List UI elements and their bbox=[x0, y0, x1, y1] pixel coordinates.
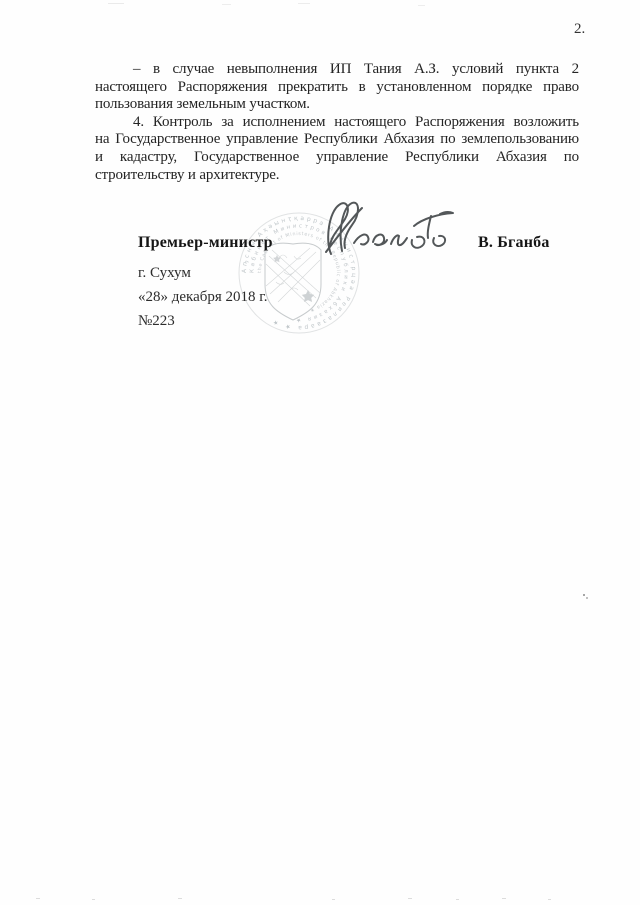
scan-artifact bbox=[178, 898, 182, 899]
body-line: строительству и архитектуре. bbox=[95, 167, 579, 185]
scan-artifact bbox=[108, 3, 124, 4]
scan-artifact bbox=[298, 3, 310, 4]
scan-artifact bbox=[332, 899, 335, 900]
body-line: настоящего Распоряжения прекратить в уст… bbox=[95, 79, 579, 97]
scan-artifact bbox=[222, 4, 231, 5]
document-body: – в случае невыполнения ИП Тания А.З. ус… bbox=[95, 61, 579, 184]
handwritten-signature bbox=[318, 196, 458, 258]
document-page: 2. – в случае невыполнения ИП Тания А.З.… bbox=[0, 0, 640, 905]
signature-city: г. Сухум bbox=[138, 265, 191, 282]
scan-artifact bbox=[36, 898, 40, 899]
signatory-name: В. Бганба bbox=[478, 234, 550, 252]
signature-date: «28» декабря 2018 г. bbox=[138, 289, 268, 306]
body-line: 4. Контроль за исполнением настоящего Ра… bbox=[95, 114, 579, 132]
body-line: и кадастру, Государственное управление Р… bbox=[95, 149, 579, 167]
body-line: пользования земельным участком. bbox=[95, 96, 579, 114]
scan-artifact bbox=[92, 899, 95, 900]
scan-artifact bbox=[586, 597, 588, 599]
body-line: на Государственное управление Республики… bbox=[95, 131, 579, 149]
page-number: 2. bbox=[574, 21, 585, 38]
signature-ink-graphic bbox=[318, 196, 458, 258]
scan-artifact bbox=[583, 594, 585, 596]
document-number: №223 bbox=[138, 313, 175, 330]
signatory-title: Премьер-министр bbox=[138, 234, 273, 252]
body-line: – в случае невыполнения ИП Тания А.З. ус… bbox=[95, 61, 579, 79]
scan-artifact bbox=[408, 898, 412, 899]
scan-artifact bbox=[456, 899, 459, 900]
scan-artifact bbox=[502, 898, 506, 899]
scan-artifact bbox=[418, 5, 425, 6]
scan-artifact bbox=[548, 899, 551, 900]
star-emblem-small bbox=[273, 255, 281, 262]
